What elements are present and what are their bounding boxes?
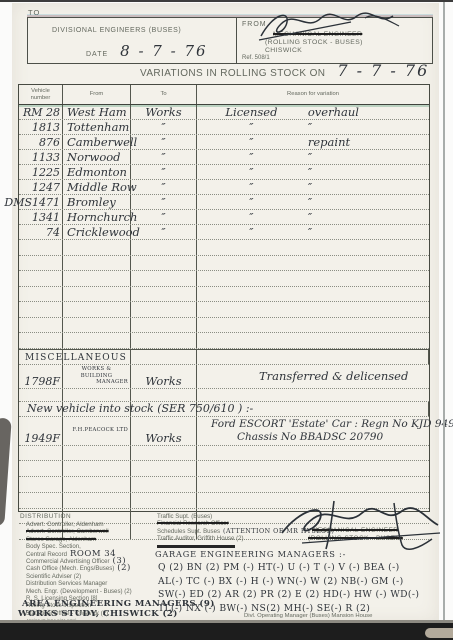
distribution-item: Advert. Controller, Aldenham	[26, 521, 135, 528]
misc-row-1798f: 1798F WORKS & BUILDING MANAGER Works Tra…	[19, 365, 429, 389]
reason-cell: ″ ″	[197, 165, 429, 179]
table-row: RM 28 West Ham Works Licensed overhaul	[19, 105, 429, 120]
signature-scribble	[274, 499, 444, 559]
from-cell: West Ham	[63, 105, 131, 119]
from-cell: Camberwell	[63, 135, 131, 149]
col-header-vehicle: Vehicle number	[19, 85, 63, 104]
empty-row	[19, 240, 429, 256]
variations-table: Vehicle number From To Reason for variat…	[18, 84, 430, 512]
col-header-reason: Reason for variation	[197, 85, 429, 104]
distribution-item: Advert. Controller, Camberwell	[26, 528, 135, 535]
miscellaneous-label: MISCELLANEOUS	[25, 353, 127, 363]
scanned-document: TO DIVISIONAL ENGINEERS (BUSES) DATE 8 -…	[0, 0, 453, 640]
works-study-note: WORKS STUDY, CHISWICK (2)	[18, 609, 178, 619]
distribution-item: Cash Office (Mech. Engs/Buses)(2)	[26, 565, 135, 572]
vehicle-number: 1813	[19, 120, 63, 134]
table-row: 74 Cricklewood ″ ″ ″	[19, 225, 429, 240]
empty-row	[19, 446, 429, 462]
empty-row	[19, 318, 429, 334]
reason-cell: ″ ″	[197, 180, 429, 194]
distribution-item	[157, 545, 235, 548]
vehicle-rows: RM 28 West Ham Works Licensed overhaul 1…	[19, 105, 429, 240]
title-date-handwritten: 7 - 7 - 76	[337, 61, 429, 80]
garage-code-line: Q (2) BN (2) PM (-) HT(-) U (-) T (-) V …	[158, 561, 419, 575]
to-cell: ″	[131, 195, 197, 209]
table-row: 1341 Hornchurch ″ ″ ″	[19, 210, 429, 225]
scan-smudge	[0, 418, 12, 527]
title-text: VARIATIONS IN ROLLING STOCK ON	[140, 68, 325, 79]
reason-cell: ″ ″	[197, 150, 429, 164]
col-header-from: From	[63, 85, 131, 104]
table-row: 1225 Edmonton ″ ″ ″	[19, 165, 429, 180]
vehicle-number: DMS1471	[19, 195, 63, 209]
to-cell: Works	[131, 105, 197, 119]
scan-corner-artifact	[425, 628, 453, 638]
header-box: DIVISIONAL ENGINEERS (BUSES) DATE 8 - 7 …	[27, 17, 433, 64]
to-cell: ″	[131, 180, 197, 194]
header-to-cell: DIVISIONAL ENGINEERS (BUSES) DATE 8 - 7 …	[28, 18, 237, 63]
reason-cell: ″ repaint	[197, 135, 429, 149]
empty-row	[19, 256, 429, 272]
empty-row	[19, 333, 429, 349]
to-cell: ″	[131, 210, 197, 224]
operating-manager-line: Divl. Operating Manager (Buses) Mansion …	[244, 613, 372, 619]
empty-row	[19, 477, 429, 493]
to-cell: Works	[131, 417, 197, 445]
col-header-to: To	[131, 85, 197, 104]
table-header-row: Vehicle number From To Reason for variat…	[19, 85, 429, 105]
to-cell: ″	[131, 150, 197, 164]
vehicle-number: 1341	[19, 210, 63, 224]
signature-scribble	[255, 10, 415, 44]
table-row: DMS1471 Bromley ″ ″ ″	[19, 195, 429, 210]
from-cell: WORKS & BUILDING MANAGER	[63, 365, 131, 388]
scan-edge-line	[443, 2, 445, 622]
paper-sheet: TO DIVISIONAL ENGINEERS (BUSES) DATE 8 -…	[12, 3, 439, 623]
page-title: VARIATIONS IN ROLLING STOCK ON 7 - 7 - 7…	[140, 61, 429, 80]
reason-cell: Ford ESCORT 'Estate' Car : Regn No KJD 9…	[197, 417, 453, 445]
vehicle-number: RM 28	[19, 105, 63, 119]
empty-row	[19, 461, 429, 477]
table-row: 876 Camberwell ″ ″ repaint	[19, 135, 429, 150]
from-cell: Edmonton	[63, 165, 131, 179]
date-value-handwritten: 8 - 7 - 76	[120, 42, 207, 60]
vehicle-number: 876	[19, 135, 63, 149]
vehicle-number: 1949F	[19, 417, 63, 445]
reason-cell: ″ ″	[197, 195, 429, 209]
reason-cell: ″ ″	[197, 120, 429, 134]
reason-cell: Licensed overhaul	[197, 105, 429, 119]
distribution-item: Scientific Adviser (2)	[26, 573, 135, 580]
from-cell: Hornchurch	[63, 210, 131, 224]
empty-row	[19, 271, 429, 287]
vehicle-number: 74	[19, 225, 63, 239]
scan-top-edge	[0, 0, 453, 2]
table-row: 1813 Tottenham ″ ″ ″	[19, 120, 429, 135]
from-cell: Bromley	[63, 195, 131, 209]
empty-row	[19, 389, 429, 402]
date-label: DATE	[86, 51, 108, 58]
table-row: 1133 Norwood ″ ″ ″	[19, 150, 429, 165]
header-from-cell: FROM MECHANICAL ENGINEER (ROLLING STOCK …	[237, 18, 432, 63]
scan-bottom-edge	[0, 623, 453, 640]
reason-cell: ″ ″	[197, 210, 429, 224]
reason-cell: ″ ″	[197, 225, 429, 239]
recipient-line: DIVISIONAL ENGINEERS (BUSES)	[52, 27, 181, 34]
date-line: DATE 8 - 7 - 76	[86, 42, 208, 60]
garage-code-line: SW(-) ED (2) AR (2) PR (2) E (2) HD(-) H…	[158, 588, 419, 602]
from-cell: Cricklewood	[63, 225, 131, 239]
empty-row	[19, 287, 429, 303]
garage-code-lines: Q (2) BN (2) PM (-) HT(-) U (-) T (-) V …	[158, 561, 419, 615]
garage-code-line: AL(-) TC (-) BX (-) H (-) WN(-) W (2) NB…	[158, 575, 419, 589]
from-cell: Tottenham	[63, 120, 131, 134]
to-label: TO	[28, 8, 40, 17]
miscellaneous-row: MISCELLANEOUS	[19, 349, 429, 365]
from-cell: Middle Row	[63, 180, 131, 194]
vehicle-number: 1133	[19, 150, 63, 164]
distribution-label: DISTRIBUTION	[20, 513, 71, 520]
vehicle-number: 1798F	[19, 365, 63, 388]
new-vehicle-note: New vehicle into stock (SER 750/610 ) :-	[27, 402, 253, 415]
reason-cell: Transferred & delicensed	[197, 365, 429, 388]
vehicle-number: 1225	[19, 165, 63, 179]
from-cell: Norwood	[63, 150, 131, 164]
distribution-item: Stores Garage, Aldenham	[26, 536, 135, 543]
table-row: 1247 Middle Row ″ ″ ″	[19, 180, 429, 195]
distribution-item: Distribution Services Manager	[26, 580, 135, 587]
to-cell: ″	[131, 225, 197, 239]
empty-row	[19, 302, 429, 318]
to-cell: ″	[131, 165, 197, 179]
vehicle-number: 1247	[19, 180, 63, 194]
distribution-footer: DISTRIBUTION Advert. Controller, Aldenha…	[12, 511, 439, 623]
to-cell: ″	[131, 120, 197, 134]
new-vehicle-row-1949f: 1949F F.H.PEACOCK LTD Works Ford ESCORT …	[19, 417, 429, 446]
new-vehicle-note-row: New vehicle into stock (SER 750/610 ) :-	[19, 402, 429, 417]
to-cell: Works	[131, 365, 197, 388]
office-line-3: CHISWICK	[265, 47, 302, 54]
to-cell: ″	[131, 135, 197, 149]
distribution-item: Mech. Engr. (Development - Buses) (2)	[26, 588, 135, 595]
from-cell: F.H.PEACOCK LTD	[63, 417, 131, 445]
